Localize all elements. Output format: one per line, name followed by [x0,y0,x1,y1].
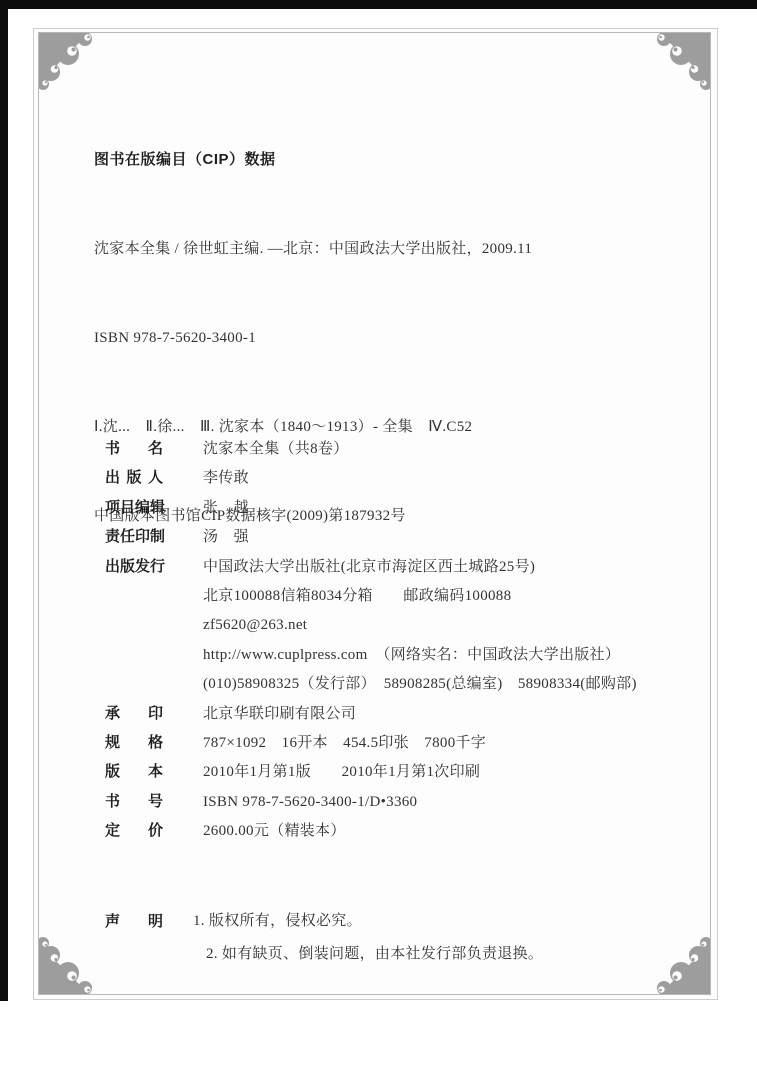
cip-heading: 图书在版编目（CIP）数据 [94,145,532,175]
colophon-row: 出版发行中国政法大学出版社(北京市海淀区西土城路25号) [105,552,637,581]
colophon-row: 书号ISBN 978-7-5620-3400-1/D•3360 [105,787,637,816]
colophon-row: 出版人李传敢 [105,463,637,492]
colophon-row: 规格787×1092 16开本 454.5印张 7800千字 [105,728,637,757]
colophon-row: http://www.cuplpress.com （网络实名：中国政法大学出版社… [105,640,637,669]
colophon-row: 书名沈家本全集（共8卷） [105,434,637,463]
row-value: 2010年1月第1版 2010年1月第1次印刷 [203,764,480,780]
colophon-row: 定价2600.00元（精装本） [105,816,637,845]
cloud-corner-ornament [39,932,101,994]
row-value: 中国政法大学出版社(北京市海淀区西土城路25号) [203,559,535,575]
row-value: 北京100088信箱8034分箱 邮政编码100088 [203,588,511,604]
row-value: 张 越 [203,500,249,516]
statement-items: 1. 版权所有，侵权必究。 2. 如有缺页、倒装问题，由本社发行部负责退换。 [193,905,543,971]
row-value: zf5620@263.net [203,617,307,633]
row-value: ISBN 978-7-5620-3400-1/D•3360 [203,794,417,810]
colophon-row: (010)58908325（发行部） 58908285(总编室) 5890833… [105,669,637,698]
cloud-corner-ornament [648,33,710,95]
cloud-corner-ornament [648,932,710,994]
colophon-row: 北京100088信箱8034分箱 邮政编码100088 [105,581,637,610]
row-value: 汤 强 [203,529,249,545]
row-label: 承印 [105,699,163,728]
scan-edge-top [0,0,757,9]
row-label: 项目编辑 [105,493,163,522]
row-value: 沈家本全集（共8卷） [203,441,349,457]
cip-line: 沈家本全集 / 徐世虹主编. —北京：中国政法大学出版社，2009.11 [94,235,532,265]
row-label: 版本 [105,757,163,786]
cip-line: ISBN 978-7-5620-3400-1 [94,324,532,354]
row-label: 责任印制 [105,522,163,551]
row-value: 李传敢 [203,470,249,486]
row-value: 2600.00元（精装本） [203,823,346,839]
colophon-row: 项目编辑张 越 [105,493,637,522]
statement-item: 2. 如有缺页、倒装问题，由本社发行部负责退换。 [206,938,543,971]
statement-block: 声明 1. 版权所有，侵权必究。 2. 如有缺页、倒装问题，由本社发行部负责退换… [105,905,543,971]
row-label: 出版发行 [105,552,163,581]
row-value: (010)58908325（发行部） 58908285(总编室) 5890833… [203,676,637,692]
row-label: 出版人 [105,463,163,492]
row-label: 定价 [105,816,163,845]
statement-item: 1. 版权所有，侵权必究。 [193,905,543,938]
row-label: 书号 [105,787,163,816]
statement-label: 声明 [105,905,163,971]
row-label: 书名 [105,434,163,463]
colophon-row: 版本2010年1月第1版 2010年1月第1次印刷 [105,757,637,786]
row-value: http://www.cuplpress.com （网络实名：中国政法大学出版社… [203,647,620,663]
colophon-row: 承印北京华联印刷有限公司 [105,699,637,728]
cloud-corner-ornament [39,33,101,95]
colophon-table: 书名沈家本全集（共8卷） 出版人李传敢 项目编辑张 越 责任印制汤 强 出版发行… [105,434,637,845]
row-label: 规格 [105,728,163,757]
colophon-row: 责任印制汤 强 [105,522,637,551]
scan-edge-left [0,0,8,1001]
row-value: 787×1092 16开本 454.5印张 7800千字 [203,735,486,751]
colophon-row: zf5620@263.net [105,610,637,639]
scanned-page: { "document_type": "book-copyright-page"… [0,0,757,1079]
row-value: 北京华联印刷有限公司 [203,706,356,722]
